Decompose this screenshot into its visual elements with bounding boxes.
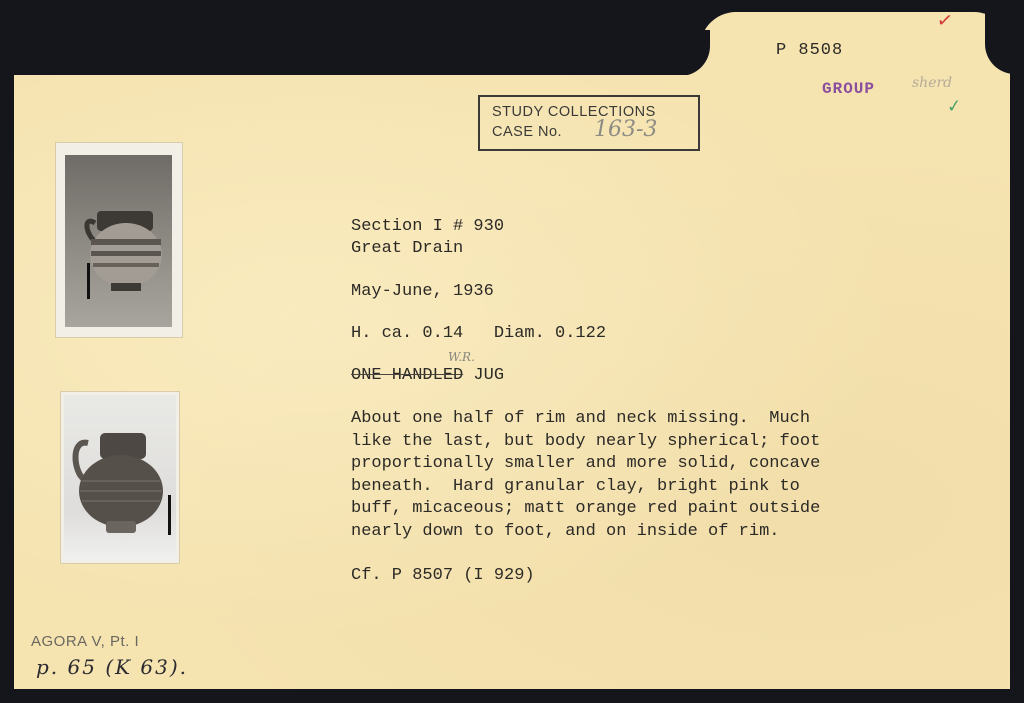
publication-reference: AGORA V, Pt. I bbox=[31, 633, 139, 650]
jug-icon bbox=[64, 395, 176, 560]
group-label: GROUP bbox=[822, 80, 875, 98]
cross-reference: Cf. P 8507 (I 929) bbox=[351, 566, 535, 585]
object-title: ONE HANDLED JUG bbox=[351, 366, 504, 385]
title-annotation: W.R. bbox=[448, 350, 475, 364]
green-check-icon: ✓ bbox=[947, 92, 962, 119]
jug-photo-side bbox=[61, 392, 179, 563]
excavation-date: May-June, 1936 bbox=[351, 282, 494, 301]
photo-image bbox=[64, 395, 176, 560]
dimensions: H. ca. 0.14 Diam. 0.122 bbox=[351, 324, 606, 343]
stamp-case-number: 163-3 bbox=[594, 117, 657, 142]
jug-icon bbox=[65, 155, 172, 327]
description: About one half of rim and neck missing. … bbox=[351, 408, 820, 544]
study-collections-stamp: STUDY COLLECTIONS CASE No. 163-3 bbox=[478, 95, 700, 151]
publication-page: p. 65 (K 63). bbox=[36, 655, 188, 679]
struck-title: ONE HANDLED bbox=[351, 366, 463, 385]
jug-photo-profile bbox=[56, 143, 182, 337]
pencil-note: sherd bbox=[912, 75, 952, 91]
catalog-number: P 8508 bbox=[776, 41, 843, 60]
section-number: Section I # 930 bbox=[351, 217, 504, 236]
object-type: JUG bbox=[473, 366, 504, 385]
find-location: Great Drain bbox=[351, 239, 463, 258]
stamp-case-label: CASE No. bbox=[492, 124, 562, 140]
photo-image bbox=[65, 155, 172, 327]
